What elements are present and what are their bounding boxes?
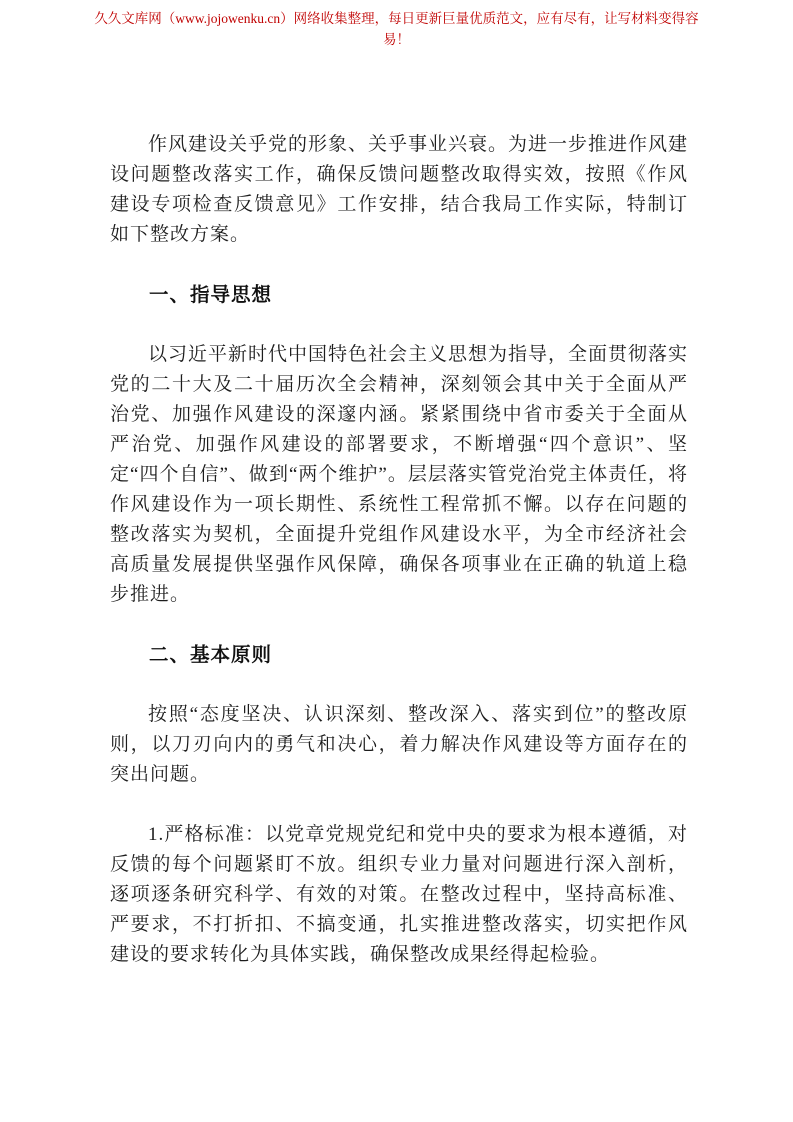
section-heading-basic-principles: 二、基本原则 [110,640,688,670]
document-body: 作风建设关乎党的形象、关乎事业兴衰。为进一步推进作风建设问题整改落实工作，确保反… [0,130,793,970]
guiding-ideology-paragraph: 以习近平新时代中国特色社会主义思想为指导，全面贯彻落实党的二十大及二十届历次全会… [110,340,688,610]
document-page: 久久文库网（www.jojowenku.cn）网络收集整理，每日更新巨量优质范文… [0,0,793,1122]
intro-paragraph: 作风建设关乎党的形象、关乎事业兴衰。为进一步推进作风建设问题整改落实工作，确保反… [110,130,688,250]
basic-principles-paragraph-1: 按照“态度坚决、认识深刻、整改深入、落实到位”的整改原则，以刀刃向内的勇气和决心… [110,700,688,790]
basic-principles-paragraph-2: 1.严格标准：以党章党规党纪和党中央的要求为根本遵循，对反馈的每个问题紧盯不放。… [110,820,688,970]
section-heading-guiding-ideology: 一、指导思想 [110,280,688,310]
watermark-header: 久久文库网（www.jojowenku.cn）网络收集整理，每日更新巨量优质范文… [0,0,793,50]
